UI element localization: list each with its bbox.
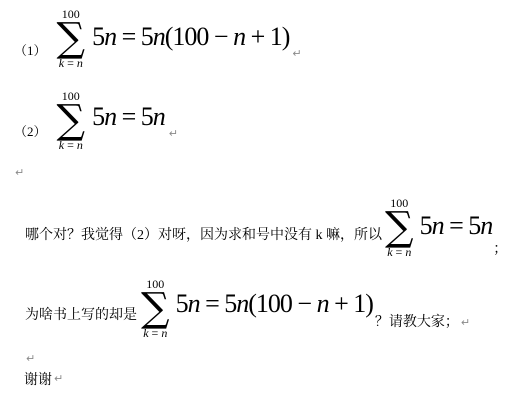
summation-symbol: 100 ∑ k = n (141, 278, 170, 339)
equation-object-4[interactable]: 100 ∑ k = n 5n = 5n(100 − n + 1) (141, 278, 373, 339)
item-number-1: （1） (14, 40, 47, 59)
sum-lower-limit: k = n (59, 57, 83, 69)
question2-closing-text: ？请教大家； (375, 311, 459, 331)
equation-rhs: 5n = 5n (420, 211, 493, 241)
paragraph-mark-icon: ↵ (169, 128, 178, 139)
document-page: （1） 100 ∑ k = n 5n = 5n(100 − n + 1) ↵ （… (0, 0, 513, 393)
sum-lower-limit: k = n (387, 246, 411, 258)
summation-symbol: 100 ∑ k = n (57, 90, 86, 151)
equation-object-2[interactable]: 100 ∑ k = n 5n = 5n (57, 90, 165, 151)
summation-symbol: 100 ∑ k = n (57, 8, 86, 69)
sigma-icon: ∑ (141, 291, 170, 325)
summation-symbol: 100 ∑ k = n (385, 197, 414, 258)
sigma-icon: ∑ (385, 210, 414, 244)
equation-rhs: 5n = 5n (92, 102, 165, 132)
thanks-text: 谢谢 (24, 369, 52, 389)
equation-rhs: 5n = 5n(100 − n + 1) (176, 289, 373, 319)
question1-text: 哪个对？我觉得（2）对呀，因为求和号中没有 k 嘛，所以 (25, 224, 382, 244)
item-number-2: （2） (14, 121, 47, 140)
question-line-2: 为啥书上写的却是 100 ∑ k = n 5n = 5n(100 − n + 1… (25, 276, 470, 340)
thanks-line: 谢谢 ↵ (24, 369, 63, 389)
question-line-1: 哪个对？我觉得（2）对呀，因为求和号中没有 k 嘛，所以 100 ∑ k = n… (25, 195, 507, 259)
sigma-icon: ∑ (57, 21, 86, 55)
paragraph-mark-icon: ↵ (461, 317, 470, 328)
sum-lower-limit: k = n (143, 327, 167, 339)
equation-object-1[interactable]: 100 ∑ k = n 5n = 5n(100 − n + 1) (57, 8, 290, 69)
sum-lower-limit: k = n (59, 139, 83, 151)
equation-object-3[interactable]: 100 ∑ k = n 5n = 5n (385, 197, 492, 258)
equation-rhs: 5n = 5n(100 − n + 1) (92, 22, 289, 52)
equation-line-2: （2） 100 ∑ k = n 5n = 5n ↵ (14, 88, 178, 152)
paragraph-mark-icon: ↵ (54, 373, 63, 384)
paragraph-mark-icon: ↵ (26, 353, 35, 364)
question2-text: 为啥书上写的却是 (25, 304, 137, 324)
sigma-icon: ∑ (57, 103, 86, 137)
equation-line-1: （1） 100 ∑ k = n 5n = 5n(100 − n + 1) ↵ (14, 6, 302, 70)
paragraph-mark-icon: ↵ (292, 48, 301, 59)
question1-punctuation: ； (493, 238, 507, 258)
paragraph-mark-icon: ↵ (15, 167, 24, 178)
